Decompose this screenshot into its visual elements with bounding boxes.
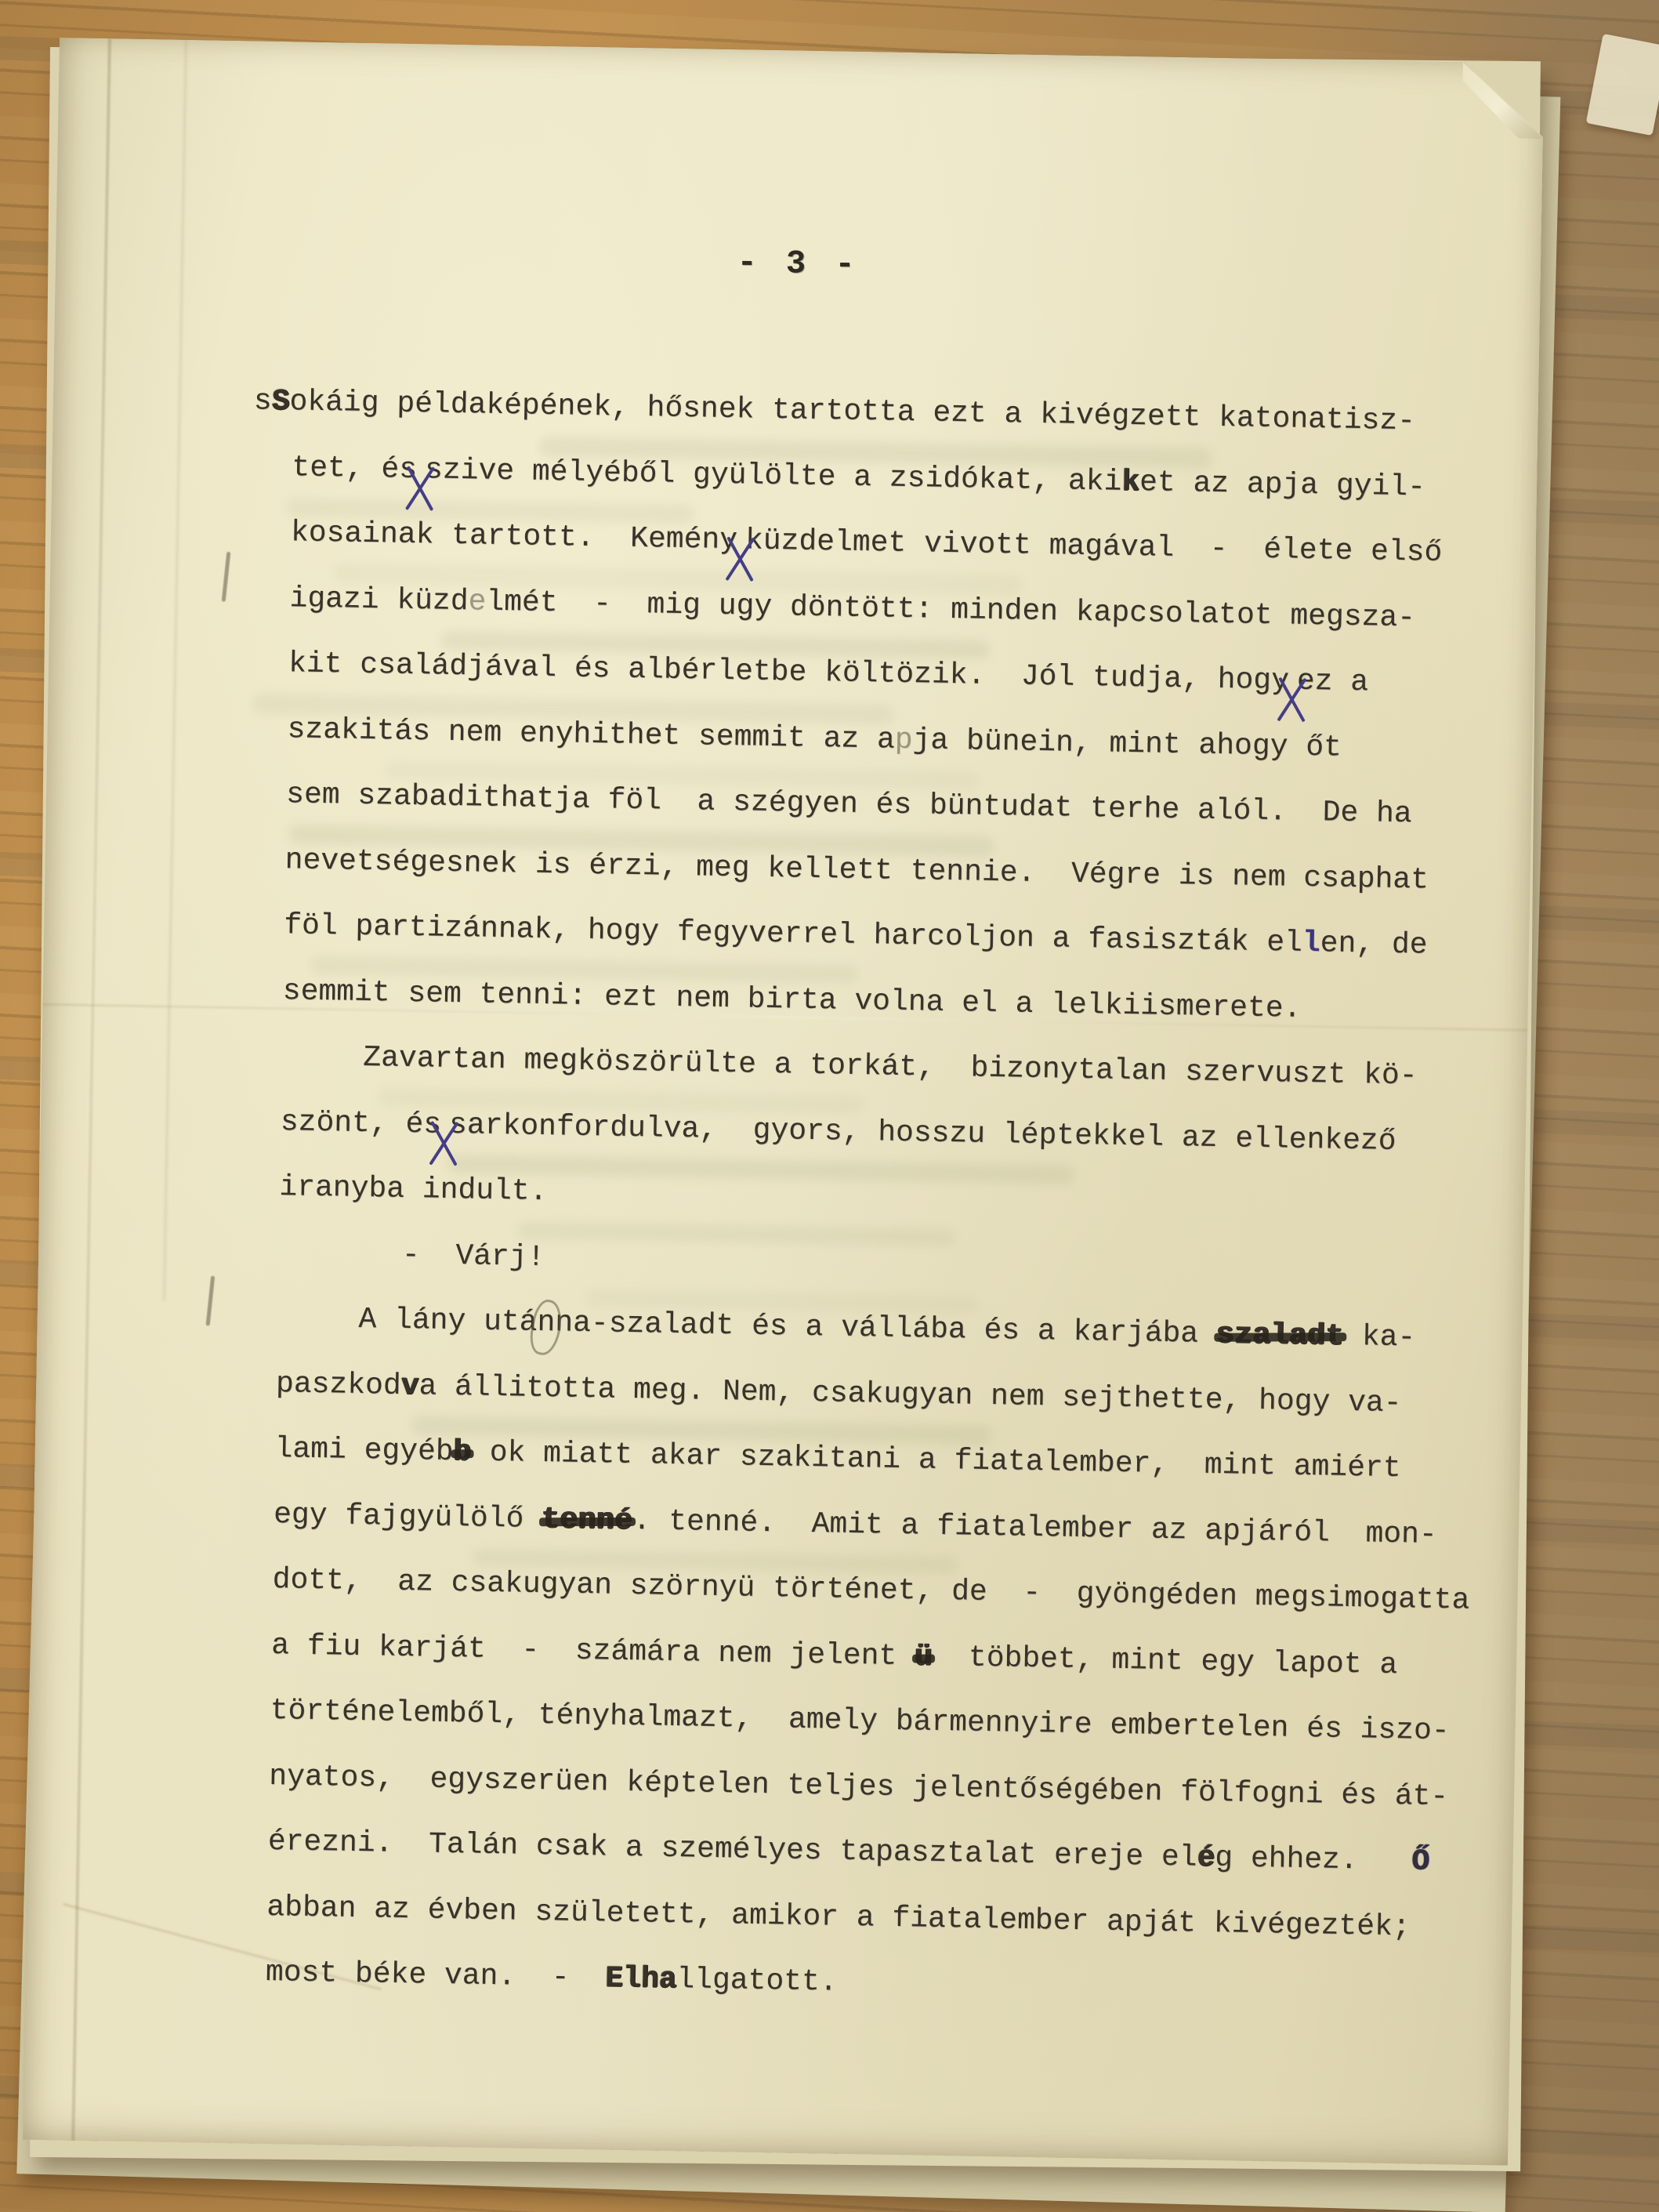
paper-crease: [163, 40, 187, 1301]
pencil-margin-mark: [222, 552, 231, 602]
typed-text: sSokáig példaképének, hősnek tartotta ez…: [265, 369, 1531, 2027]
page-number: - 3 -: [56, 232, 1541, 296]
paper-crease: [71, 38, 111, 2141]
pencil-margin-mark: [206, 1276, 216, 1326]
document-page: - 3 - sSokáig példaképének, hősnek tarto…: [23, 38, 1545, 2166]
